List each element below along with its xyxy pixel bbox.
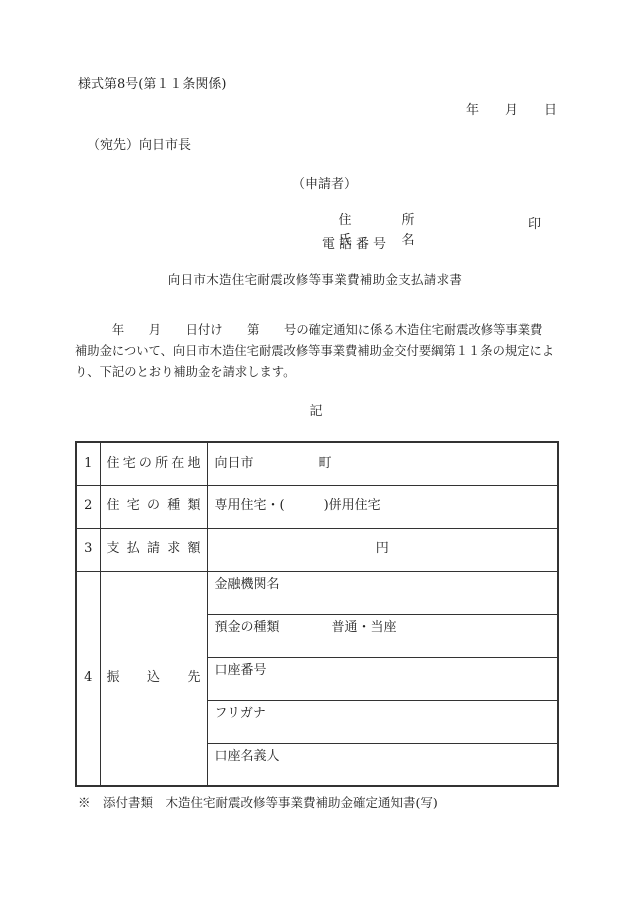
account-holder-cell: 口座名義人 xyxy=(207,743,558,786)
row-label-text: 振込先 xyxy=(107,670,201,686)
house-type-value-cell: 専用住宅・( )併用住宅 xyxy=(207,485,558,528)
row-label-text: 住宅の所在地 xyxy=(107,456,201,472)
furigana-cell: フリガナ xyxy=(207,700,558,743)
row-number: 4 xyxy=(76,571,100,786)
bank-name-cell: 金融機関名 xyxy=(207,571,558,614)
addressee-line: （宛先）向日市長 xyxy=(87,138,191,154)
row-label-text: 支払請求額 xyxy=(107,541,201,557)
account-number-cell: 口座番号 xyxy=(207,657,558,700)
row-label-cell: 住宅の種類 xyxy=(100,485,207,528)
document-title: 向日市木造住宅耐震改修等事業費補助金支払請求書 xyxy=(0,272,630,288)
row-label-cell: 振込先 xyxy=(100,571,207,786)
residence-value-cell: 向日市 町 xyxy=(207,442,558,485)
body-paragraph-line-2: 補助金について、向日市木造住宅耐震改修等事業費補助金交付要綱第１１条の規定によ xyxy=(75,344,554,359)
seal-mark: 印 xyxy=(528,217,541,233)
account-type-cell: 預金の種類 普通・当座 xyxy=(207,614,558,657)
row-label-cell: 住宅の所在地 xyxy=(100,442,207,485)
body-paragraph-line-3: り、下記のとおり補助金を請求します。 xyxy=(75,365,295,380)
date-blank-line: 年 月 日 xyxy=(75,103,557,119)
table-row-residence: 1 住宅の所在地 向日市 町 xyxy=(76,442,558,485)
record-marker: 記 xyxy=(75,404,557,420)
row-label-cell: 支払請求額 xyxy=(100,528,207,571)
applicant-phone-label: 電話番号 xyxy=(322,237,390,253)
table-row-house-type: 2 住宅の種類 専用住宅・( )併用住宅 xyxy=(76,485,558,528)
table-row-payment-amount: 3 支払請求額 円 xyxy=(76,528,558,571)
attachment-footnote: ※ 添付書類 木造住宅耐震改修等事業費補助金確定通知書(写) xyxy=(78,795,438,811)
row-number: 1 xyxy=(76,442,100,485)
form-number: 様式第8号(第１１条関係) xyxy=(78,77,226,93)
row-number: 3 xyxy=(76,528,100,571)
row-number: 2 xyxy=(76,485,100,528)
payment-amount-value-cell: 円 xyxy=(207,528,558,571)
applicant-heading: （申請者） xyxy=(292,177,357,193)
request-table: 1 住宅の所在地 向日市 町 2 住宅の種類 専用住宅・( )併用住宅 3 支払… xyxy=(75,441,559,787)
document-page: 様式第8号(第１１条関係) 年 月 日 （宛先）向日市長 （申請者） 住所 氏名… xyxy=(0,0,630,915)
body-paragraph-line-1: 年 月 日付け 第 号の確定通知に係る木造住宅耐震改修等事業費 xyxy=(75,323,542,338)
table-row-transfer-bank: 4 振込先 金融機関名 xyxy=(76,571,558,614)
row-label-text: 住宅の種類 xyxy=(107,498,201,514)
